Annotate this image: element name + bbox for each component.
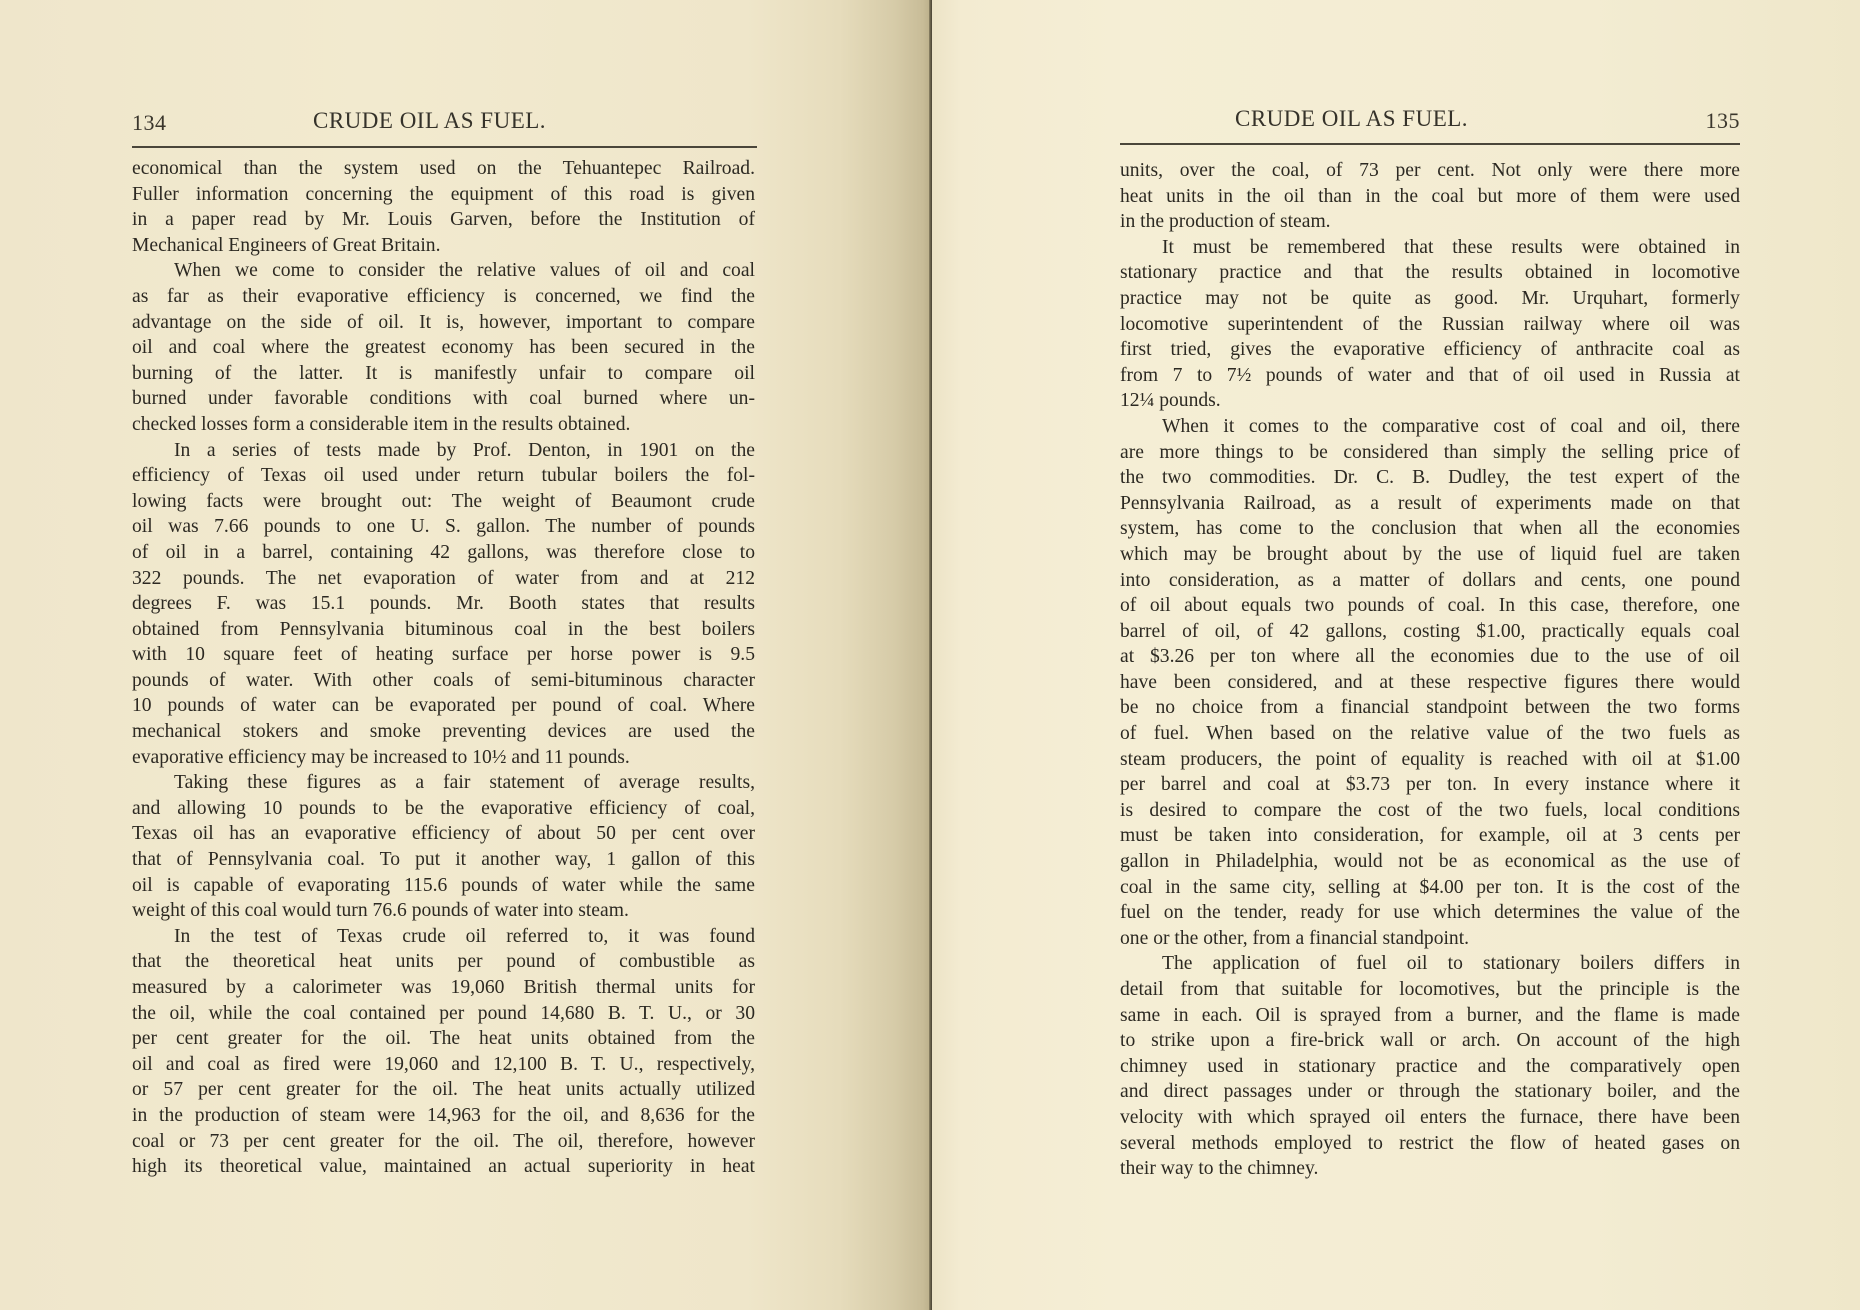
paragraph-start-line: In the test of Texas crude oil referred … bbox=[132, 924, 755, 950]
right-page: CRUDE OIL AS FUEL. 135 units, over the c… bbox=[932, 0, 1860, 1310]
text-line: stationary practice and that the results… bbox=[1120, 260, 1740, 286]
text-line: per cent greater for the oil. The heat u… bbox=[132, 1026, 755, 1052]
text-line: Pennsylvania Railroad, as a result of ex… bbox=[1120, 491, 1740, 517]
left-header-rule bbox=[132, 146, 757, 148]
text-line: from 7 to 7½ pounds of water and that of… bbox=[1120, 363, 1740, 389]
text-line: coal in the same city, selling at $4.00 … bbox=[1120, 875, 1740, 901]
text-line: of oil about equals two pounds of coal. … bbox=[1120, 593, 1740, 619]
text-line: first tried, gives the evaporative effic… bbox=[1120, 337, 1740, 363]
text-line: the oil, while the coal contained per po… bbox=[132, 1001, 755, 1027]
text-line: evaporative efficiency may be increased … bbox=[132, 745, 755, 771]
left-running-head: 134 CRUDE OIL AS FUEL. bbox=[132, 108, 757, 148]
text-line: and allowing 10 pounds to be the evapora… bbox=[132, 796, 755, 822]
text-line: units, over the coal, of 73 per cent. No… bbox=[1120, 158, 1740, 184]
right-page-number: 135 bbox=[1706, 108, 1741, 134]
left-running-title: CRUDE OIL AS FUEL. bbox=[313, 108, 546, 134]
text-line: lowing facts were brought out: The weigh… bbox=[132, 489, 755, 515]
text-line: with 10 square feet of heating surface p… bbox=[132, 642, 755, 668]
text-line: fuel on the tender, ready for use which … bbox=[1120, 900, 1740, 926]
text-line: Fuller information concerning the equipm… bbox=[132, 182, 755, 208]
text-line: Mechanical Engineers of Great Britain. bbox=[132, 233, 755, 259]
paragraph-start-line: When we come to consider the relative va… bbox=[132, 258, 755, 284]
text-line: obtained from Pennsylvania bituminous co… bbox=[132, 617, 755, 643]
text-line: checked losses form a considerable item … bbox=[132, 412, 755, 438]
text-line: to strike upon a fire-brick wall or arch… bbox=[1120, 1028, 1740, 1054]
text-line: 10 pounds of water can be evaporated per… bbox=[132, 693, 755, 719]
paragraph-start-line: The application of fuel oil to stationar… bbox=[1120, 951, 1740, 977]
text-line: must be taken into consideration, for ex… bbox=[1120, 823, 1740, 849]
text-line: burning of the latter. It is manifestly … bbox=[132, 361, 755, 387]
paragraph-start-line: In a series of tests made by Prof. Dento… bbox=[132, 438, 755, 464]
text-line: same in each. Oil is sprayed from a burn… bbox=[1120, 1003, 1740, 1029]
text-line: at $3.26 per ton where all the economies… bbox=[1120, 644, 1740, 670]
text-line: burned under favorable conditions with c… bbox=[132, 386, 755, 412]
text-line: coal or 73 per cent greater for the oil.… bbox=[132, 1129, 755, 1155]
text-line: which may be brought about by the use of… bbox=[1120, 542, 1740, 568]
text-line: into consideration, as a matter of dolla… bbox=[1120, 568, 1740, 594]
text-line: Texas oil has an evaporative efficiency … bbox=[132, 821, 755, 847]
text-line: oil is capable of evaporating 115.6 poun… bbox=[132, 873, 755, 899]
right-header-rule bbox=[1120, 143, 1740, 145]
text-line: one or the other, from a financial stand… bbox=[1120, 926, 1740, 952]
text-line: 12¼ pounds. bbox=[1120, 388, 1740, 414]
text-line: oil and coal where the greatest economy … bbox=[132, 335, 755, 361]
paragraph-start-line: When it comes to the comparative cost of… bbox=[1120, 414, 1740, 440]
right-running-title: CRUDE OIL AS FUEL. bbox=[1235, 106, 1468, 132]
left-page: 134 CRUDE OIL AS FUEL. economical than t… bbox=[0, 0, 932, 1310]
text-line: degrees F. was 15.1 pounds. Mr. Booth st… bbox=[132, 591, 755, 617]
text-line: high its theoretical value, maintained a… bbox=[132, 1154, 755, 1180]
text-line: and direct passages under or through the… bbox=[1120, 1079, 1740, 1105]
text-line: 322 pounds. The net evaporation of water… bbox=[132, 566, 755, 592]
text-line: in a paper read by Mr. Louis Garven, bef… bbox=[132, 207, 755, 233]
text-line: gallon in Philadelphia, would not be as … bbox=[1120, 849, 1740, 875]
left-text-column: economical than the system used on the T… bbox=[132, 156, 755, 1180]
text-line: economical than the system used on the T… bbox=[132, 156, 755, 182]
text-line: system, has come to the conclusion that … bbox=[1120, 516, 1740, 542]
text-line: weight of this coal would turn 76.6 poun… bbox=[132, 898, 755, 924]
paragraph-start-line: Taking these figures as a fair statement… bbox=[132, 770, 755, 796]
right-running-head: CRUDE OIL AS FUEL. 135 bbox=[1120, 106, 1740, 146]
text-line: that of Pennsylvania coal. To put it ano… bbox=[132, 847, 755, 873]
text-line: oil and coal as fired were 19,060 and 12… bbox=[132, 1052, 755, 1078]
left-page-number: 134 bbox=[132, 110, 167, 136]
text-line: efficiency of Texas oil used under retur… bbox=[132, 463, 755, 489]
text-line: are more things to be considered than si… bbox=[1120, 440, 1740, 466]
text-line: practice may not be quite as good. Mr. U… bbox=[1120, 286, 1740, 312]
text-line: measured by a calorimeter was 19,060 Bri… bbox=[132, 975, 755, 1001]
text-line: that the theoretical heat units per poun… bbox=[132, 949, 755, 975]
text-line: have been considered, and at these respe… bbox=[1120, 670, 1740, 696]
text-line: per barrel and coal at $3.73 per ton. In… bbox=[1120, 772, 1740, 798]
text-line: their way to the chimney. bbox=[1120, 1156, 1740, 1182]
text-line: is desired to compare the cost of the tw… bbox=[1120, 798, 1740, 824]
text-line: barrel of oil, of 42 gallons, costing $1… bbox=[1120, 619, 1740, 645]
text-line: oil was 7.66 pounds to one U. S. gallon.… bbox=[132, 514, 755, 540]
text-line: chimney used in stationary practice and … bbox=[1120, 1054, 1740, 1080]
book-spread: 134 CRUDE OIL AS FUEL. economical than t… bbox=[0, 0, 1860, 1310]
text-line: be no choice from a financial standpoint… bbox=[1120, 695, 1740, 721]
text-line: in the production of steam. bbox=[1120, 209, 1740, 235]
text-line: advantage on the side of oil. It is, how… bbox=[132, 310, 755, 336]
text-line: or 57 per cent greater for the oil. The … bbox=[132, 1077, 755, 1103]
text-line: several methods employed to restrict the… bbox=[1120, 1131, 1740, 1157]
text-line: steam producers, the point of equality i… bbox=[1120, 747, 1740, 773]
text-line: pounds of water. With other coals of sem… bbox=[132, 668, 755, 694]
text-line: the two commodities. Dr. C. B. Dudley, t… bbox=[1120, 465, 1740, 491]
paragraph-start-line: It must be remembered that these results… bbox=[1120, 235, 1740, 261]
text-line: in the production of steam were 14,963 f… bbox=[132, 1103, 755, 1129]
text-line: locomotive superintendent of the Russian… bbox=[1120, 312, 1740, 338]
text-line: mechanical stokers and smoke preventing … bbox=[132, 719, 755, 745]
right-text-column: units, over the coal, of 73 per cent. No… bbox=[1120, 158, 1740, 1182]
text-line: velocity with which sprayed oil enters t… bbox=[1120, 1105, 1740, 1131]
text-line: as far as their evaporative efficiency i… bbox=[132, 284, 755, 310]
text-line: of oil in a barrel, containing 42 gallon… bbox=[132, 540, 755, 566]
text-line: of fuel. When based on the relative valu… bbox=[1120, 721, 1740, 747]
text-line: heat units in the oil than in the coal b… bbox=[1120, 184, 1740, 210]
text-line: detail from that suitable for locomotive… bbox=[1120, 977, 1740, 1003]
